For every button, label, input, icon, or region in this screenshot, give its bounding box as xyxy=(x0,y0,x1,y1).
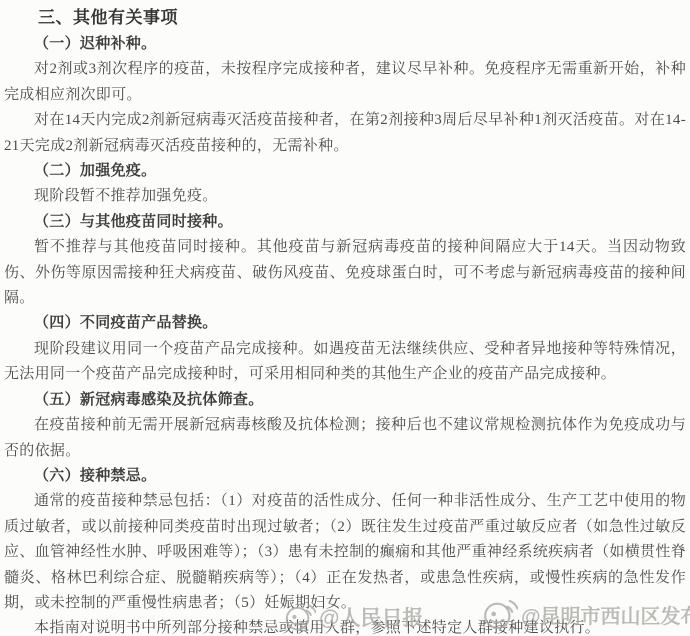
paragraph: 在疫苗接种前无需开展新冠病毒核酸及抗体检测；接种后也不建议常规检测抗体作为免疫成… xyxy=(4,413,686,464)
document-title: 三、其他有关事项 xyxy=(4,5,686,31)
paragraph: 暂不推荐与其他疫苗同时接种。其他疫苗与新冠病毒疫苗的接种间隔应大于14天。当因动… xyxy=(4,235,686,311)
section-heading-1: （一）迟种补种。 xyxy=(4,32,686,57)
section-heading-3: （三）与其他疫苗同时接种。 xyxy=(4,210,686,235)
paragraph: 对2剂或3剂次程序的疫苗，未按程序完成接种者，建议尽早补种。免疫程序无需重新开始… xyxy=(4,57,686,108)
paragraph: 现阶段建议用同一个疫苗产品完成接种。如遇疫苗无法继续供应、受种者异地接种等特殊情… xyxy=(4,337,686,388)
paragraph: 通常的疫苗接种禁忌包括：（1）对疫苗的活性成分、任何一种非活性成分、生产工艺中使… xyxy=(4,489,686,616)
section-heading-4: （四）不同疫苗产品替换。 xyxy=(4,311,686,336)
section-heading-5: （五）新冠病毒感染及抗体筛查。 xyxy=(4,388,686,413)
document-page: 三、其他有关事项 （一）迟种补种。 对2剂或3剂次程序的疫苗，未按程序完成接种者… xyxy=(0,0,690,636)
paragraph: 现阶段暂不推荐加强免疫。 xyxy=(4,184,686,209)
paragraph: 对在14天内完成2剂新冠病毒灭活疫苗接种者，在第2剂接种3周后尽早补种1剂灭活疫… xyxy=(4,108,686,159)
section-heading-2: （二）加强免疫。 xyxy=(4,159,686,184)
paragraph: 本指南对说明书中所列部分接种禁忌或慎用人群，参照下述特定人群接种建议执行。 xyxy=(4,616,686,636)
section-heading-6: （六）接种禁忌。 xyxy=(4,464,686,489)
